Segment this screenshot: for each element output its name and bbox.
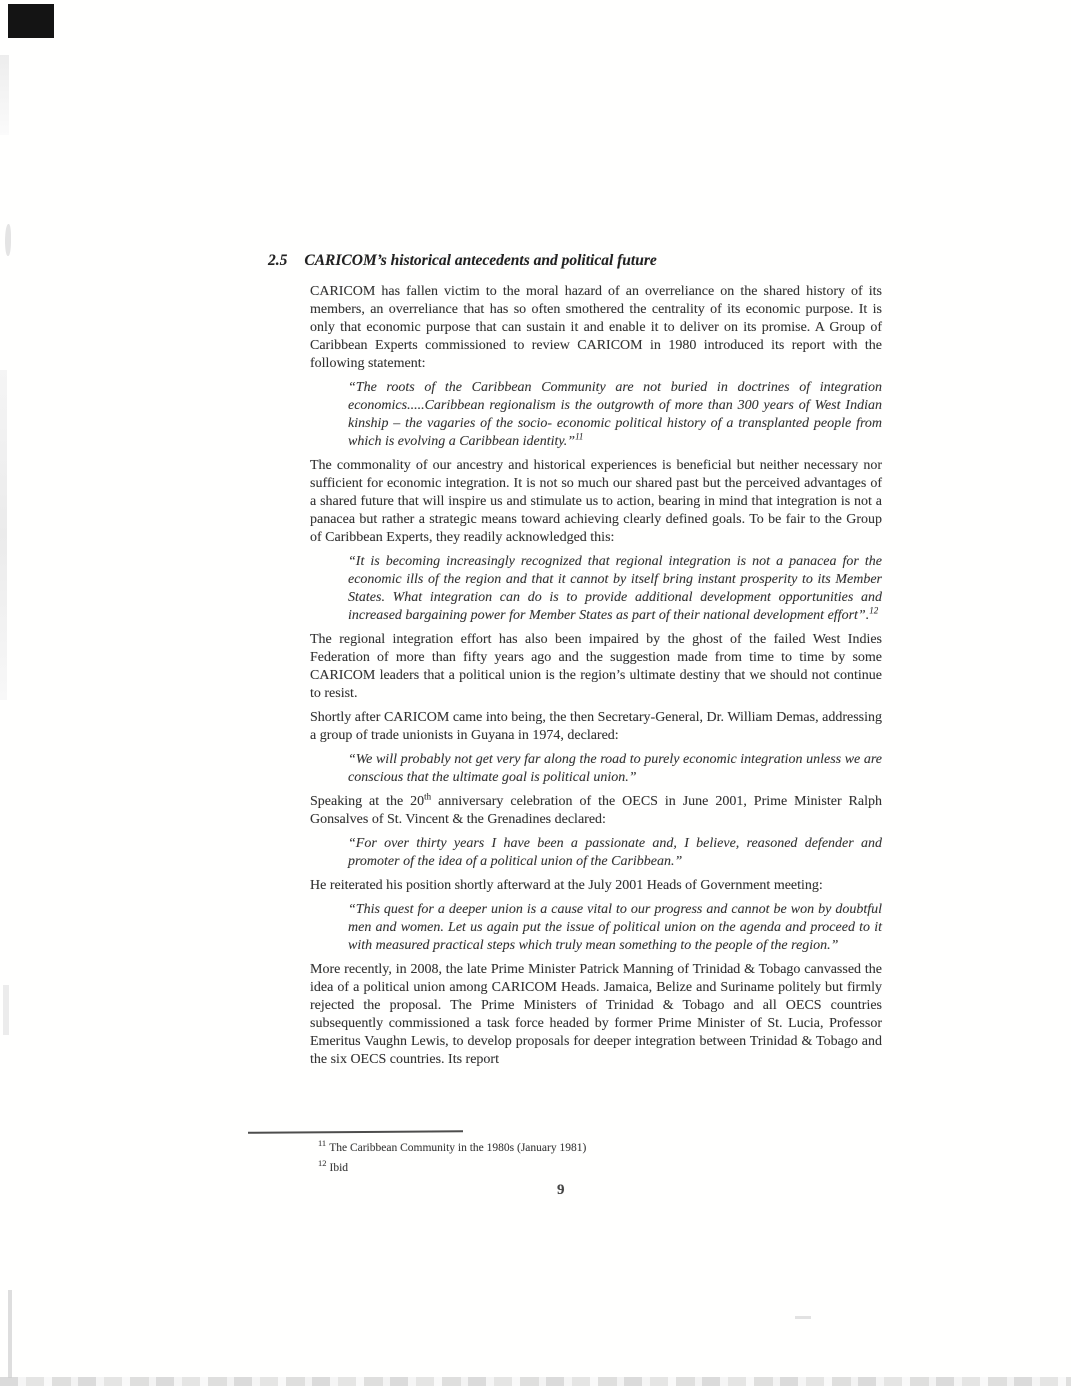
scan-artifact-edge-smudge — [5, 224, 11, 256]
scan-artifact-edge-smudge — [3, 985, 9, 1035]
block-quote: “It is becoming increasingly recognized … — [348, 553, 882, 625]
footnote-text: Ibid — [330, 1162, 349, 1174]
footnote-separator-rule — [248, 1130, 463, 1134]
footnote: 12Ibid — [318, 1159, 798, 1179]
footnote-reference: 11 — [575, 431, 583, 441]
section-title: CARICOM’s historical antecedents and pol… — [304, 252, 656, 270]
footnote-number: 11 — [318, 1138, 326, 1148]
paragraph: CARICOM has fallen victim to the moral h… — [310, 283, 882, 373]
scan-artifact-edge-smudge — [0, 55, 9, 135]
scanned-document-page: 2.5 CARICOM’s historical antecedents and… — [0, 0, 1071, 1386]
scan-artifact-corner-box — [8, 4, 54, 38]
paragraph: The commonality of our ancestry and hist… — [310, 457, 882, 547]
paragraph-text: Speaking at the 20 — [310, 794, 424, 809]
block-quote: “The roots of the Caribbean Community ar… — [348, 379, 882, 451]
footnote-text: The Caribbean Community in the 1980s (Ja… — [329, 1142, 586, 1154]
paragraph: He reiterated his position shortly after… — [310, 877, 882, 895]
scan-artifact-bottom-edge — [0, 1377, 1071, 1386]
footnote-number: 12 — [318, 1158, 327, 1168]
scan-artifact-edge-smudge — [0, 370, 7, 700]
scan-artifact-speck — [795, 1316, 811, 1319]
quote-text: “The roots of the Caribbean Community ar… — [348, 380, 882, 449]
paragraph: More recently, in 2008, the late Prime M… — [310, 961, 882, 1069]
block-quote: “This quest for a deeper union is a caus… — [348, 901, 882, 955]
paragraph: The regional integration effort has also… — [310, 631, 882, 703]
footnote: 11The Caribbean Community in the 1980s (… — [318, 1139, 798, 1159]
scan-artifact-edge-smudge — [8, 1290, 12, 1378]
document-body: 2.5 CARICOM’s historical antecedents and… — [310, 252, 882, 1075]
block-quote: “We will probably not get very far along… — [348, 751, 882, 787]
page-number: 9 — [557, 1182, 565, 1199]
section-number: 2.5 — [268, 252, 287, 270]
paragraph: Shortly after CARICOM came into being, t… — [310, 709, 882, 745]
paragraph: Speaking at the 20th anniversary celebra… — [310, 793, 882, 829]
section-heading: 2.5 CARICOM’s historical antecedents and… — [268, 252, 882, 283]
footnotes: 11The Caribbean Community in the 1980s (… — [318, 1139, 798, 1178]
quote-text: “It is becoming increasingly recognized … — [348, 554, 882, 623]
block-quote: “For over thirty years I have been a pas… — [348, 835, 882, 871]
footnote-reference: 12 — [869, 605, 878, 615]
